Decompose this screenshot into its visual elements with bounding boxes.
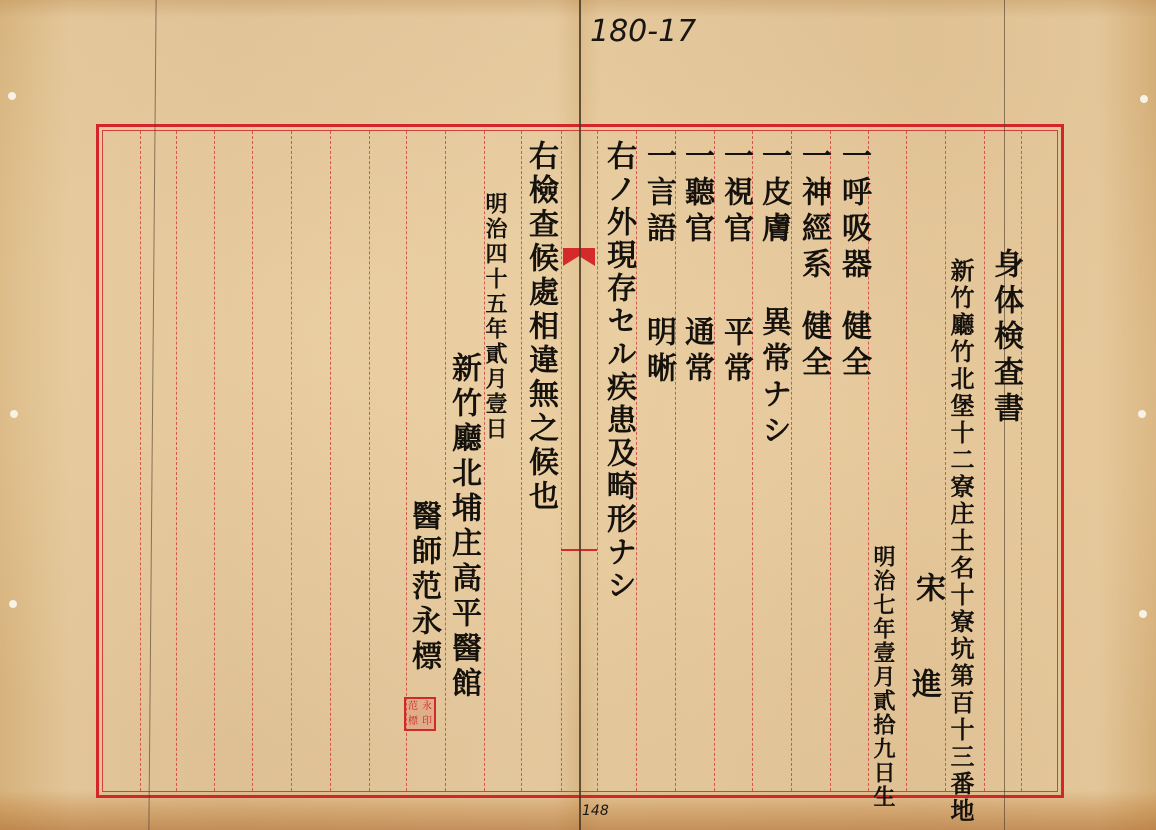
exam-item-respiratory: 一呼吸器	[838, 140, 868, 284]
column-rule	[1021, 131, 1022, 791]
subject-given-name: 進	[908, 668, 938, 704]
subject-address: 新竹廳竹北堡十二寮庄土名十寮坑第百十三番地	[948, 258, 972, 825]
binding-hole	[1139, 610, 1147, 618]
issuer-physician: 醫師范永標	[408, 500, 438, 675]
certification-text: 右檢查候處相違無之候也	[525, 140, 555, 514]
document-title: 身体検査書	[990, 248, 1020, 428]
exam-item-hearing: 一聽官	[681, 140, 711, 248]
exam-item-speech: 一言語	[643, 140, 673, 248]
binding-hole	[1138, 410, 1146, 418]
issue-date: 明治四十五年貳月壹日	[484, 192, 506, 442]
exam-result-nervous: 健全	[798, 310, 828, 382]
subject-birth-date: 明治七年壹月貳拾九日生	[872, 545, 894, 809]
binding-hole	[1140, 95, 1148, 103]
seal-char: 印	[420, 714, 434, 729]
column-rule	[597, 131, 598, 791]
center-fold-crease	[579, 0, 581, 830]
top-edge-stain	[0, 0, 1156, 18]
column-rule	[636, 131, 637, 791]
column-rule	[291, 131, 292, 791]
column-rule	[214, 131, 215, 791]
column-rule	[561, 131, 562, 791]
column-rule	[406, 131, 407, 791]
exam-item-skin: 一皮膚	[758, 140, 788, 248]
exam-result-speech: 明晰	[643, 316, 673, 388]
exam-result-skin: 異常ナシ	[758, 306, 788, 450]
binding-hole	[10, 410, 18, 418]
column-rule	[140, 131, 141, 791]
remarks-text: 右ノ外現存セル疾患及畸形ナシ	[603, 140, 633, 602]
column-rule	[984, 131, 985, 791]
column-rule	[791, 131, 792, 791]
column-rule	[330, 131, 331, 791]
exam-item-vision: 一視官	[720, 140, 750, 248]
column-rule	[252, 131, 253, 791]
column-rule	[714, 131, 715, 791]
seal-char: 范	[406, 699, 420, 714]
column-rule	[369, 131, 370, 791]
subject-surname: 宋	[912, 572, 942, 608]
seal-char: 標	[406, 714, 420, 729]
exam-result-hearing: 通常	[681, 316, 711, 388]
seal-char: 永	[420, 699, 434, 714]
exam-result-respiratory: 健全	[838, 310, 868, 382]
column-rule	[521, 131, 522, 791]
exam-item-nervous: 一神經系	[798, 140, 828, 284]
archive-number: 180-17	[590, 14, 696, 49]
binding-hole	[8, 92, 16, 100]
binding-hole	[9, 600, 17, 608]
red-seal-stamp: 范 永 標 印	[404, 697, 436, 731]
folio-number: 148	[582, 803, 609, 819]
exam-result-vision: 平常	[720, 316, 750, 388]
issuer-institution: 新竹廳北埔庄高平醫館	[448, 352, 478, 702]
column-rule	[176, 131, 177, 791]
